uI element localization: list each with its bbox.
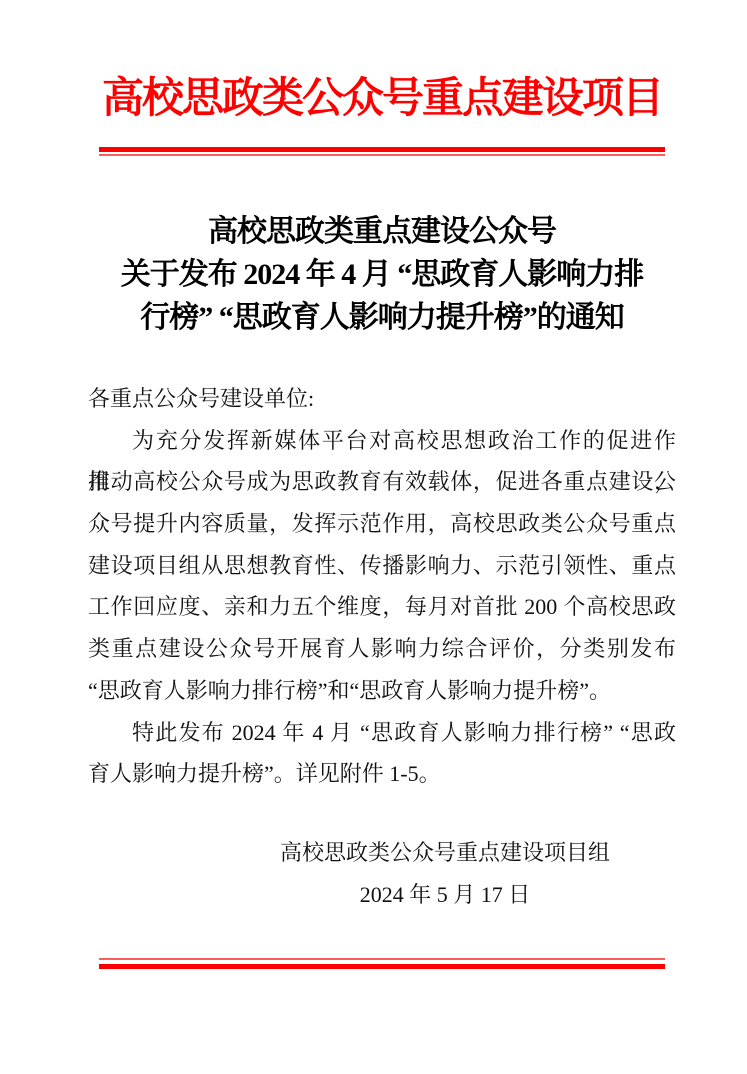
body-line: “思政育人影响力排行榜”和“思政育人影响力提升榜”。 [88,670,676,712]
masthead-divider-thin-line [99,154,665,156]
body-line: 推动高校公众号成为思政教育有效载体，促进各重点建设公 [88,461,676,503]
notice-title-line: 高校思政类重点建设公众号 [88,210,676,253]
notice-body: 各重点公众号建设单位: 为充分发挥新媒体平台对高校思想政治工作的促进作用， 推动… [88,378,676,795]
body-line: 类重点建设公众号开展育人影响力综合评价，分类别发布 [88,628,676,670]
footer-divider-thin-line [99,958,665,960]
footer-divider-thick-line [99,964,665,969]
footer-divider [99,958,665,969]
notice-title-line: 关于发布 2024 年 4 月 “思政育人影响力排 [88,253,676,296]
signature-inner: 高校思政类公众号重点建设项目组 2024 年 5 月 17 日 [280,832,610,916]
masthead-divider [99,147,665,156]
document-content: 高校思政类公众号重点建设项目 高校思政类重点建设公众号 关于发布 2024 年 … [88,0,676,1074]
body-line: 工作回应度、亲和力五个维度，每月对首批 200 个高校思政 [88,586,676,628]
masthead-divider-thick-line [99,147,665,152]
masthead-title: 高校思政类公众号重点建设项目 [88,74,676,124]
body-line: 众号提升内容质量，发挥示范作用，高校思政类公众号重点 [88,503,676,545]
signature-org: 高校思政类公众号重点建设项目组 [280,832,610,874]
body-line: 育人影响力提升榜”。详见附件 1-5。 [88,753,676,795]
document-page: 高校思政类公众号重点建设项目 高校思政类重点建设公众号 关于发布 2024 年 … [0,0,747,1074]
notice-title-line: 行榜” “思政育人影响力提升榜”的通知 [88,296,676,339]
body-line: 建设项目组从思想教育性、传播影响力、示范引领性、重点 [88,545,676,587]
body-line: 为充分发挥新媒体平台对高校思想政治工作的促进作用， [88,420,676,462]
body-line: 特此发布 2024 年 4 月 “思政育人影响力排行榜” “思政 [88,712,676,754]
signature-date: 2024 年 5 月 17 日 [280,874,610,916]
signature-block: 高校思政类公众号重点建设项目组 2024 年 5 月 17 日 [88,832,676,916]
salutation-line: 各重点公众号建设单位: [88,378,676,420]
notice-title: 高校思政类重点建设公众号 关于发布 2024 年 4 月 “思政育人影响力排 行… [88,210,676,339]
